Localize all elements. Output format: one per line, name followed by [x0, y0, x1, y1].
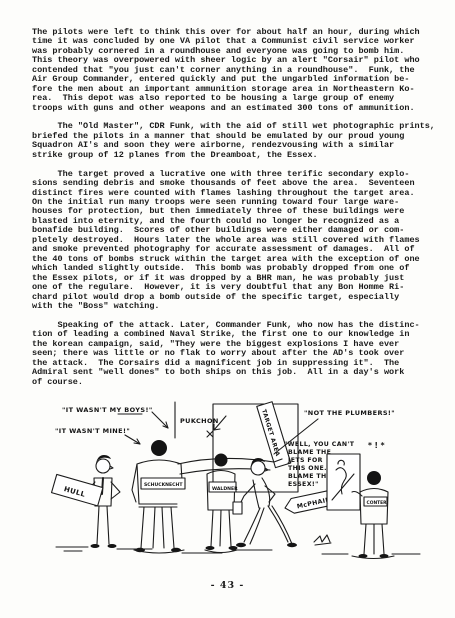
caption-not-mine: "IT WASN'T MINE!" [55, 427, 130, 435]
paragraph-pilots: The pilots were left to think this over … [32, 28, 442, 113]
document-page: The pilots were left to think this over … [0, 0, 455, 618]
paragraph-target: The target proved a lucrative one with t… [32, 170, 442, 312]
svg-text:THIS ONE.: THIS ONE. [288, 465, 327, 472]
exclamation-marks: * ! * [368, 441, 385, 450]
svg-text:JETS FOR: JETS FOR [287, 457, 323, 464]
svg-text:BLAME THE: BLAME THE [288, 449, 331, 456]
target-area-sign: TARGET AREA [257, 402, 291, 468]
name-tag: SCHUCKNECHT [144, 482, 183, 488]
hull-sign: HULL [52, 474, 103, 505]
map-x-mark [207, 431, 213, 437]
caption-not-plumbers: "NOT THE PLUMBERS!" [304, 409, 395, 417]
name-tag: CONTER [367, 500, 388, 506]
body-text: The pilots were left to think this over … [32, 28, 442, 396]
paragraph-speaking: Speaking of the attack. Later, Commander… [32, 321, 442, 387]
pinup-picture [327, 454, 360, 510]
svg-text:"WELL, YOU CAN'T: "WELL, YOU CAN'T [284, 441, 355, 448]
map-label-pukchon: PUKCHON [180, 417, 219, 425]
artist-signature [314, 535, 331, 545]
svg-text:BLAME THE: BLAME THE [288, 473, 331, 480]
paragraph-old-master: The "Old Master", CDR Funk, with the aid… [32, 122, 442, 160]
cartoon-illustration: "IT WASN'T MY BOYS!" "IT WASN'T MINE!" P… [22, 398, 442, 570]
page-number: - 43 - [0, 580, 455, 591]
caption-not-my-boys: "IT WASN'T MY BOYS!" [62, 406, 153, 414]
name-tag: WALDNER [212, 486, 238, 492]
figure-schucknecht: SCHUCKNECHT [132, 440, 282, 552]
svg-text:ESSEX!": ESSEX!" [288, 481, 319, 488]
